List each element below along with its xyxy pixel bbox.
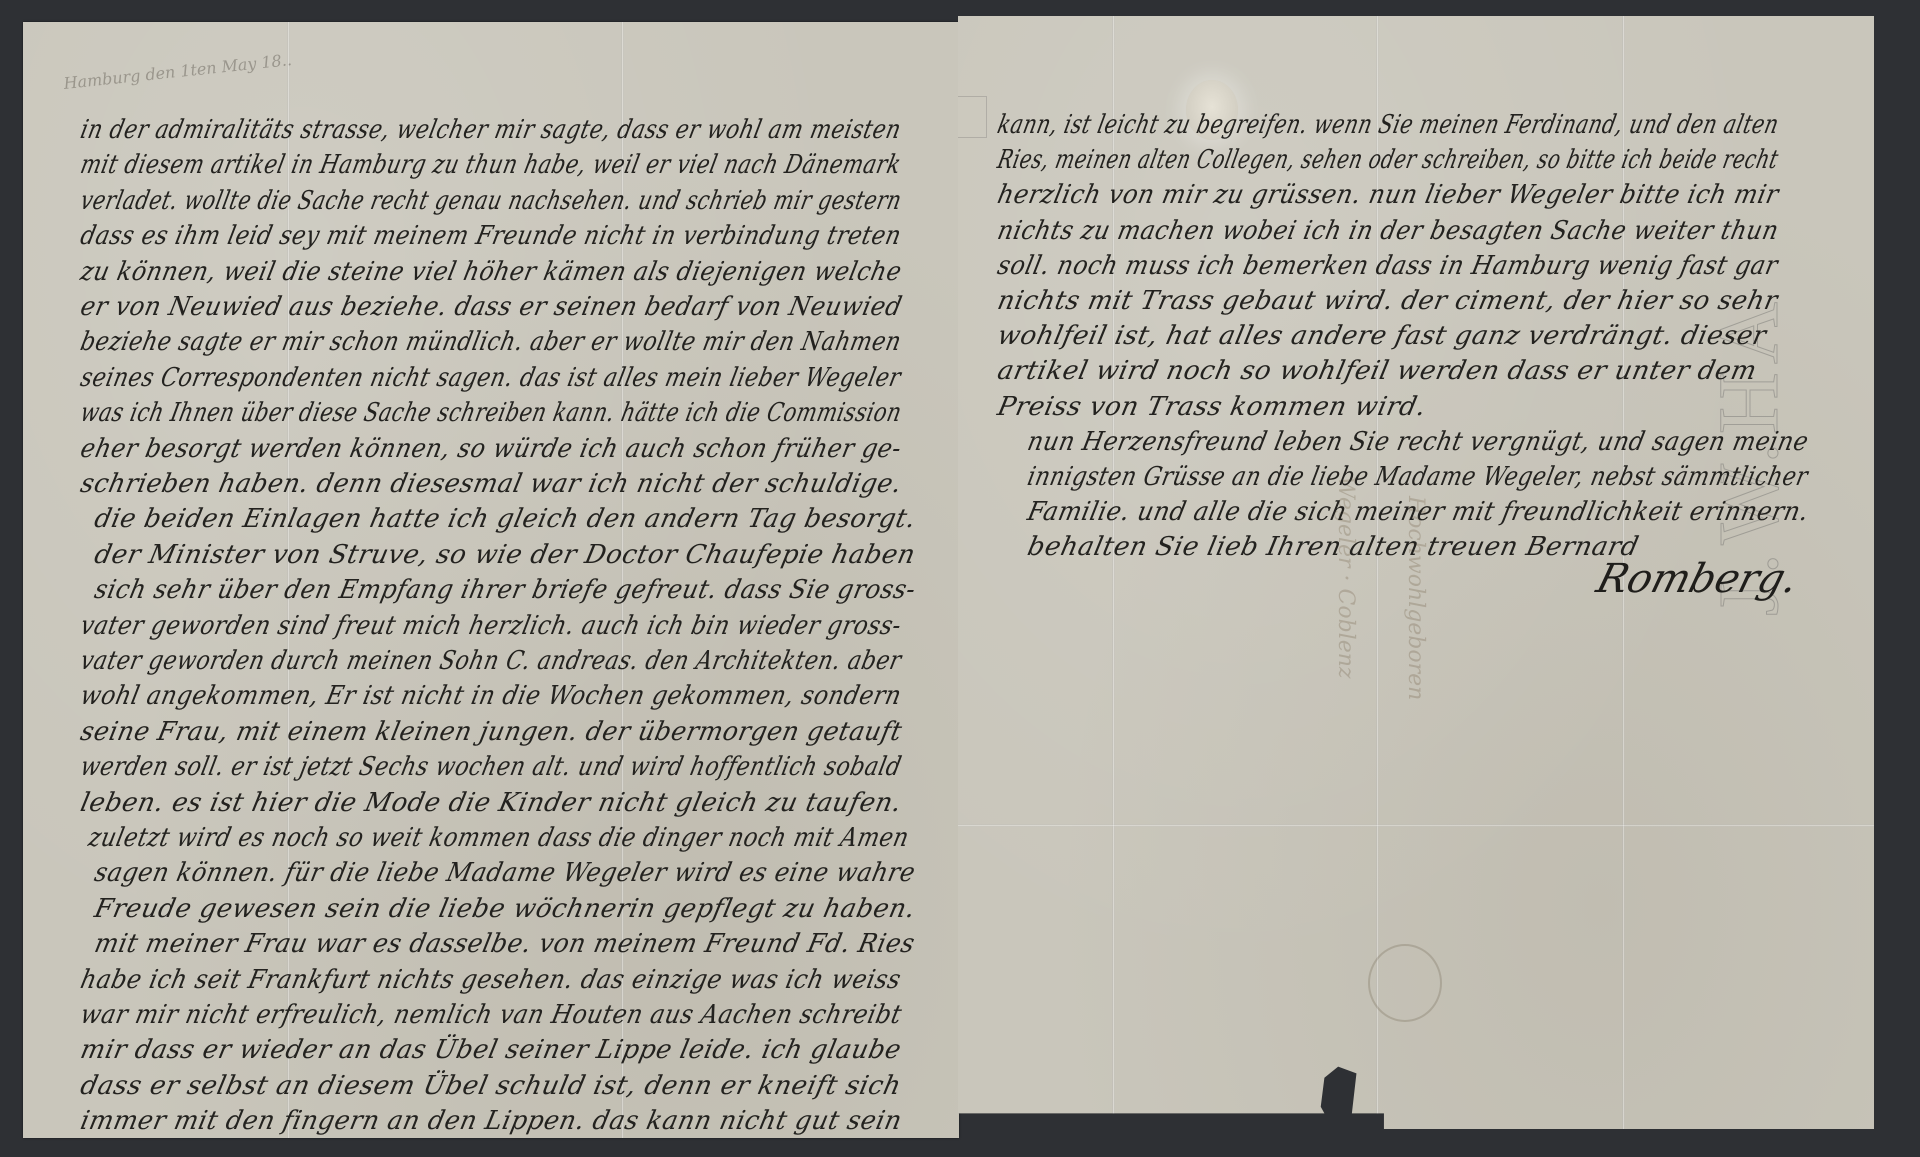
handwritten-line: seines Correspondenten nicht sagen. das …	[78, 363, 904, 393]
handwritten-line: dass es ihm leid sey mit meinem Freunde …	[78, 221, 904, 251]
handwritten-line: die beiden Einlagen hatte ich gleich den…	[92, 504, 919, 534]
handwritten-line: seine Frau, mit einem kleinen jungen. de…	[78, 717, 905, 747]
handwritten-line: leben. es ist hier die Mode die Kinder n…	[78, 788, 905, 818]
signature: Romberg.	[1592, 556, 1803, 602]
handwritten-line: werden soll. er ist jetzt Sechs wochen a…	[78, 752, 904, 782]
handwritten-line: Preiss von Trass kommen wird.	[995, 392, 1429, 422]
handwritten-line: er von Neuwied aus beziehe. dass er sein…	[78, 292, 905, 322]
handwritten-line: vater geworden sind freut mich herzlich.…	[78, 611, 904, 641]
handwritten-line: der Minister von Struve, so wie der Doct…	[92, 540, 918, 570]
letter-page-left: Hamburg den 1ten May 18.. in der admiral…	[23, 22, 959, 1138]
handwritten-line: soll. noch muss ich bemerken dass in Ham…	[995, 251, 1781, 281]
handwritten-line: schrieben haben. denn diesesmal war ich …	[78, 469, 905, 499]
fold-crease	[958, 824, 1874, 827]
handwritten-line: mit meiner Frau war es dasselbe. von mei…	[92, 929, 918, 959]
handwritten-line: mir dass er wieder an das Übel seiner Li…	[78, 1035, 904, 1065]
handwritten-line: innigsten Grüsse an die liebe Madame Weg…	[1025, 462, 1811, 492]
faint-mark	[958, 96, 987, 138]
handwritten-line: dass er selbst an diesem Übel schuld ist…	[78, 1071, 904, 1101]
handwritten-line: Freude gewesen sein die liebe wöchnerin …	[92, 894, 918, 924]
handwritten-line: artikel wird noch so wohlfeil werden das…	[995, 356, 1760, 386]
handwritten-line: nichts zu machen wobei ich in der besagt…	[995, 216, 1782, 246]
handwritten-line: sagen können. für die liebe Madame Wegel…	[92, 858, 918, 888]
handwritten-line: vater geworden durch meinen Sohn C. andr…	[78, 646, 904, 676]
handwritten-line: war mir nicht erfreulich, nemlich van Ho…	[78, 1000, 905, 1030]
handwritten-line: zu können, weil die steine viel höher kä…	[78, 257, 905, 287]
handwritten-line: herzlich von mir zu grüssen. nun lieber …	[995, 180, 1782, 210]
handwritten-line: nichts mit Trass gebaut wird. der ciment…	[995, 286, 1781, 316]
handwritten-line: zuletzt wird es noch so weit kommen dass…	[86, 823, 912, 853]
handwritten-line: Familie. und alle die sich meiner mit fr…	[1025, 497, 1812, 527]
handwritten-line: sich sehr über den Empfang ihrer briefe …	[92, 575, 919, 605]
handwritten-line: eher besorgt werden können, so würde ich…	[78, 434, 904, 464]
handwritten-line: habe ich seit Frankfurt nichts gesehen. …	[78, 965, 904, 995]
letter-page-right: Wegeler · Coblenz Hochwohlgeboren J.W.HA…	[958, 16, 1874, 1129]
handwritten-line: beziehe sagte er mir schon mündlich. abe…	[78, 327, 904, 357]
handwritten-line: was ich Ihnen über diese Sache schreiben…	[78, 398, 904, 428]
handwritten-line: nun Herzensfreund leben Sie recht vergnü…	[1025, 427, 1811, 457]
handwritten-line: kann, ist leicht zu begreifen. wenn Sie …	[995, 110, 1782, 140]
faint-heading: Hamburg den 1ten May 18..	[63, 50, 293, 93]
handwritten-line: mit diesem artikel in Hamburg zu thun ha…	[78, 150, 904, 180]
handwritten-line: immer mit den fingern an den Lippen. das…	[78, 1106, 905, 1136]
postmark-stamp	[1368, 944, 1442, 1022]
handwritten-line: in der admiralitäts strasse, welcher mir…	[78, 115, 904, 145]
handwritten-line: Ries, meinen alten Collegen, sehen oder …	[995, 145, 1781, 175]
handwritten-line: behalten Sie lieb Ihren alten treuen Ber…	[1025, 532, 1642, 562]
handwritten-line: verladet. wollte die Sache recht genau n…	[78, 186, 904, 216]
handwritten-line: wohlfeil ist, hat alles andere fast ganz…	[995, 321, 1769, 351]
handwritten-line: wohl angekommen, Er ist nicht in die Woc…	[78, 681, 904, 711]
